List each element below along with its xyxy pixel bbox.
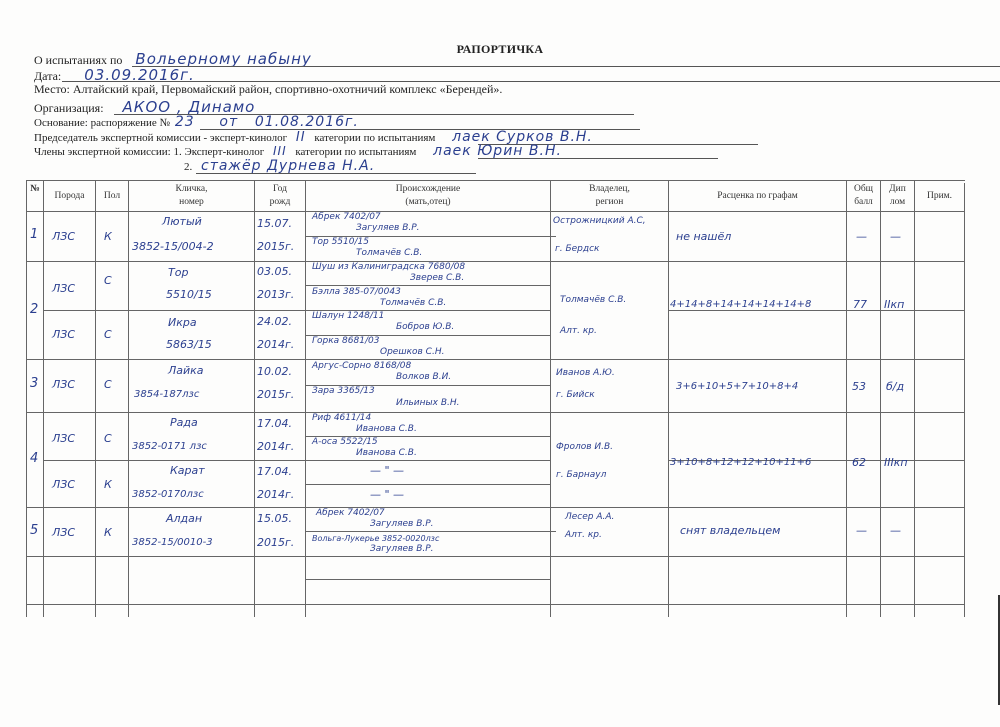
row-divider (26, 604, 965, 605)
row-sex: К (104, 230, 112, 244)
table-border-right (964, 183, 965, 617)
row-mother: Абрек 7402/07 (316, 508, 385, 519)
row-sex: С (104, 432, 112, 446)
row-dob-day: 24.02. (257, 315, 292, 329)
subrow-divider (43, 310, 550, 311)
row-mother-owner: Загуляев В.Р. (356, 223, 420, 234)
col-divider (846, 180, 847, 617)
row-reg: 3852-15/0010-3 (132, 536, 213, 550)
date-label: Дата: (34, 69, 61, 83)
row-region: Алт. кр. (560, 326, 597, 337)
row-mother: Шуш из Калиниградска 7680/08 (312, 262, 465, 273)
member2-label: 2. (184, 161, 192, 173)
members-line: Члены экспертной комиссии: 1. Эксперт-ки… (34, 143, 562, 159)
subrow-divider (43, 460, 550, 461)
col-divider (550, 180, 551, 617)
header-owner: Владелец, регион (551, 181, 668, 211)
row-breed: ЛЗС (52, 328, 75, 342)
row-dob-year: 2015г. (257, 240, 294, 254)
row-father: Горка 8681/03 (312, 336, 379, 347)
row-scores: снят владельцем (680, 524, 780, 538)
header-total-line2: балл (854, 196, 873, 209)
row-sex: К (104, 526, 112, 540)
row-num: 5 (30, 524, 38, 538)
row-sex: С (104, 274, 112, 288)
row-num: 4 (30, 452, 38, 466)
member2-underline (196, 173, 476, 174)
row-diploma: — (890, 524, 901, 538)
row-region: г. Бийск (556, 390, 595, 401)
header-total: Общ балл (847, 181, 880, 211)
basis-from: от (219, 114, 238, 130)
row-scores: 3+6+10+5+7+10+8+4 (676, 380, 798, 394)
header-name: Кличка, номер (129, 181, 254, 211)
row-diploma: — (890, 230, 901, 244)
row-owner: Острожницкий А.С, (553, 216, 646, 227)
row-father-owner: Иванова С.В. (356, 448, 417, 459)
header-origin-line1: Происхождение (396, 183, 460, 196)
row-father: Бэлла 385-07/0043 (312, 287, 401, 298)
table-border-left (26, 180, 27, 617)
trial-label: О испытаниях по (34, 53, 122, 67)
origin-divider (305, 579, 550, 580)
member2-line: 2. стажёр Дурнева Н.А. (184, 158, 375, 174)
members-label2: категории по испытаниям (295, 146, 416, 158)
owner-tick (550, 531, 556, 532)
row-reg: 3854-187лзс (134, 388, 199, 402)
row-name: Тор (168, 266, 188, 280)
col-divider (914, 180, 915, 617)
row-divider (26, 507, 965, 508)
row-diploma: IIкп (884, 298, 904, 312)
row-name: Карат (170, 464, 205, 478)
col-divider (254, 180, 255, 617)
organization-label: Организация: (34, 101, 104, 115)
row-dob-year: 2014г. (257, 440, 294, 454)
row-dob-day: 10.02. (257, 365, 292, 379)
row-reg: 3852-15/004-2 (132, 240, 214, 254)
header-year-line1: Год (273, 183, 287, 196)
row-name: Икра (168, 316, 197, 330)
members-label: Члены экспертной комиссии: 1. Эксперт-ки… (34, 146, 264, 158)
trial-underline (132, 66, 1000, 67)
row-father-owner: Орешков С.Н. (380, 347, 444, 358)
origin-divider (305, 285, 550, 286)
row-breed: ЛЗС (52, 282, 75, 296)
header-owner-line1: Владелец, (589, 183, 630, 196)
header-sex: Пол (96, 181, 128, 211)
header-note: Прим. (915, 181, 964, 211)
row-total: 77 (853, 298, 867, 312)
row-dob-year: 2014г. (257, 338, 294, 352)
row-name: Лайка (168, 364, 204, 378)
row-reg: 3852-0171 лзс (132, 440, 207, 454)
col-divider (128, 180, 129, 617)
row-mother: Аргус-Сорно 8168/08 (312, 361, 411, 372)
row-total: 62 (852, 456, 866, 470)
header-diploma-line2: лом (890, 196, 905, 209)
row-father-owner: Ильиных В.Н. (396, 398, 459, 409)
row-mother-owner: Зверев С.В. (410, 273, 464, 284)
row-reg: 5510/15 (166, 288, 212, 302)
col-divider (668, 180, 669, 617)
row-sex: С (104, 378, 112, 392)
row-diploma: IIIкп (884, 456, 908, 470)
row-father-owner: Толмачёв С.В. (380, 298, 446, 309)
row-mother: — " — (370, 464, 404, 478)
header-total-line1: Общ (854, 183, 873, 196)
row-breed: ЛЗС (52, 478, 75, 492)
member2-value: стажёр Дурнева Н.А. (201, 158, 375, 174)
row-dob-year: 2013г. (257, 288, 294, 302)
row-breed: ЛЗС (52, 526, 75, 540)
row-dob-day: 17.04. (257, 465, 292, 479)
row-mother: Шалун 1248/11 (312, 311, 384, 322)
row-name: Алдан (166, 512, 202, 526)
row-breed: ЛЗС (52, 230, 75, 244)
row-father: Вольга-Лукерье 3852-0020лзс (312, 533, 439, 544)
place-line: Место: Алтайский край, Первомайский райо… (34, 82, 502, 97)
row-reg: 5863/15 (166, 338, 212, 352)
row-mother-owner: Иванова С.В. (356, 424, 417, 435)
member1-category: III (273, 144, 287, 158)
col-divider (880, 180, 881, 617)
row-num: 1 (30, 228, 38, 242)
row-sex: С (104, 328, 112, 342)
header-scores: Расценка по графам (669, 181, 846, 211)
row-mother-owner: Бобров Ю.В. (396, 322, 454, 333)
row-dob-year: 2015г. (257, 536, 294, 550)
row-owner: Толмачёв С.В. (560, 295, 626, 306)
row-diploma: б/д (886, 380, 904, 394)
row-num: 3 (30, 377, 38, 391)
row-scores: 4+14+8+14+14+14+14+8 (670, 298, 811, 312)
col-divider (305, 180, 306, 617)
col-divider (95, 180, 96, 617)
row-father: Зара 3365/13 (312, 386, 375, 397)
row-divider (26, 412, 965, 413)
header-birth-year: Год рожд (255, 181, 305, 211)
row-father: — " — (370, 488, 404, 502)
row-mother-owner: Загуляев В.Р. (370, 519, 434, 530)
header-name-line2: номер (179, 196, 204, 209)
row-sex: К (104, 478, 112, 492)
owner-tick (550, 236, 556, 237)
row-divider (26, 359, 965, 360)
row-owner: Лесер А.А. (565, 512, 614, 523)
row-total: 53 (852, 380, 866, 394)
row-divider (26, 211, 965, 212)
row-owner: Фролов И.В. (556, 442, 613, 453)
row-dob-day: 15.05. (257, 512, 292, 526)
col-divider (43, 180, 44, 617)
origin-divider (305, 531, 550, 532)
header-origin: Происхождение (мать,отец) (306, 181, 550, 211)
basis-line: Основание: распоряжение № 23 от 01.08.20… (34, 114, 359, 130)
row-mother: Абрек 7402/07 (312, 212, 381, 223)
row-father: А-оса 5522/15 (312, 437, 378, 448)
row-scores: 3+10+8+12+12+10+11+6 (670, 456, 811, 470)
basis-label: Основание: распоряжение № (34, 117, 170, 129)
row-divider (26, 556, 965, 557)
row-name: Лютый (162, 215, 202, 229)
origin-divider (305, 484, 550, 485)
row-dob-day: 17.04. (257, 417, 292, 431)
header-num: № (27, 181, 43, 213)
header-year-line2: рожд (270, 196, 291, 209)
row-num: 2 (30, 303, 38, 317)
member1-value: лаек Юрин В.Н. (433, 143, 562, 159)
row-total: — (856, 524, 867, 538)
row-dob-day: 15.07. (257, 217, 292, 231)
row-reg: 3852-0170лзс (132, 488, 204, 502)
header-origin-line2: (мать,отец) (405, 196, 450, 209)
basis-number: 23 (175, 114, 195, 130)
row-region: г. Барнаул (556, 470, 606, 481)
row-breed: ЛЗС (52, 378, 75, 392)
row-dob-day: 03.05. (257, 265, 292, 279)
basis-date: 01.08.2016г. (255, 114, 359, 130)
header-owner-line2: регион (596, 196, 624, 209)
row-total: — (856, 230, 867, 244)
row-name: Рада (170, 416, 198, 430)
row-dob-year: 2014г. (257, 488, 294, 502)
row-father-owner: Загуляев В.Р. (370, 544, 434, 555)
row-owner: Иванов А.Ю. (556, 368, 615, 379)
row-father: Тор 5510/15 (312, 237, 369, 248)
row-father-owner: Толмачёв С.В. (356, 248, 422, 259)
row-region: г. Бердск (555, 244, 599, 255)
row-scores: не нашёл (676, 230, 731, 244)
header-name-line1: Кличка, (175, 183, 207, 196)
header-diploma-line1: Дип (889, 183, 906, 196)
header-breed: Порода (44, 181, 95, 211)
row-region: Алт. кр. (565, 530, 602, 541)
header-diploma: Дип лом (881, 181, 914, 211)
member1-underline (478, 158, 718, 159)
row-mother: Риф 4611/14 (312, 413, 371, 424)
row-divider (26, 261, 965, 262)
row-breed: ЛЗС (52, 432, 75, 446)
row-dob-year: 2015г. (257, 388, 294, 402)
row-mother-owner: Волков В.И. (396, 372, 451, 383)
